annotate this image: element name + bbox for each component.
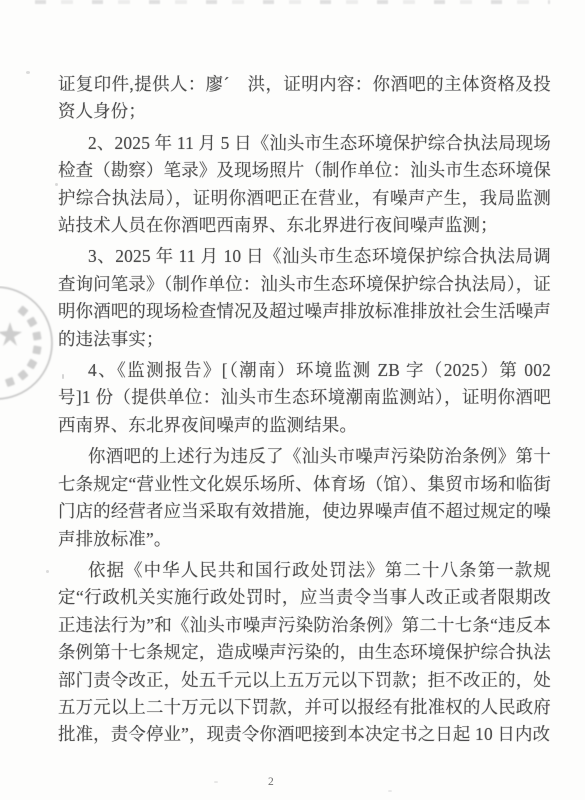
- page-number: 2: [268, 776, 308, 788]
- paragraph-evidence-1-cont: 证复印件,提供人：廖ˊ 洪，证明内容：你酒吧的主体资格及投资人身份；: [58, 71, 551, 126]
- scan-speck: [214, 781, 218, 783]
- official-seal-stamp: [0, 286, 58, 404]
- scan-speck: [46, 570, 49, 573]
- scan-speck: [388, 790, 392, 792]
- scan-speck: [55, 183, 58, 186]
- scan-edge-noise: [35, 0, 550, 4]
- paragraph-evidence-3: 3、2025 年 11 月 10 日《汕头市生态环境保护综合执法局调查询问笔录》…: [58, 243, 551, 353]
- document-body: 证复印件,提供人：廖ˊ 洪，证明内容：你酒吧的主体资格及投资人身份； 2、202…: [58, 71, 551, 753]
- paragraph-violation: 你酒吧的上述行为违反了《汕头市噪声污染防治条例》第十七条规定“营业性文化娱乐场所…: [58, 443, 551, 553]
- seal-star-icon: [0, 322, 22, 346]
- scanned-document-page: 证复印件,提供人：廖ˊ 洪，证明内容：你酒吧的主体资格及投资人身份； 2、202…: [0, 0, 585, 800]
- paragraph-legal-basis: 依据《中华人民共和国行政处罚法》第二十八条第一款规定“行政机关实施行政处罚时，应…: [58, 557, 551, 749]
- paragraph-evidence-2: 2、2025 年 11 月 5 日《汕头市生态环境保护综合执法局现场检查（勘察）…: [58, 130, 551, 240]
- scan-speck: [26, 71, 30, 74]
- paragraph-evidence-4: 4、《监测报告》[（潮南）环境监测 ZB 字（2025）第 002 号]1 份（…: [58, 357, 551, 439]
- scan-speck: [62, 374, 64, 379]
